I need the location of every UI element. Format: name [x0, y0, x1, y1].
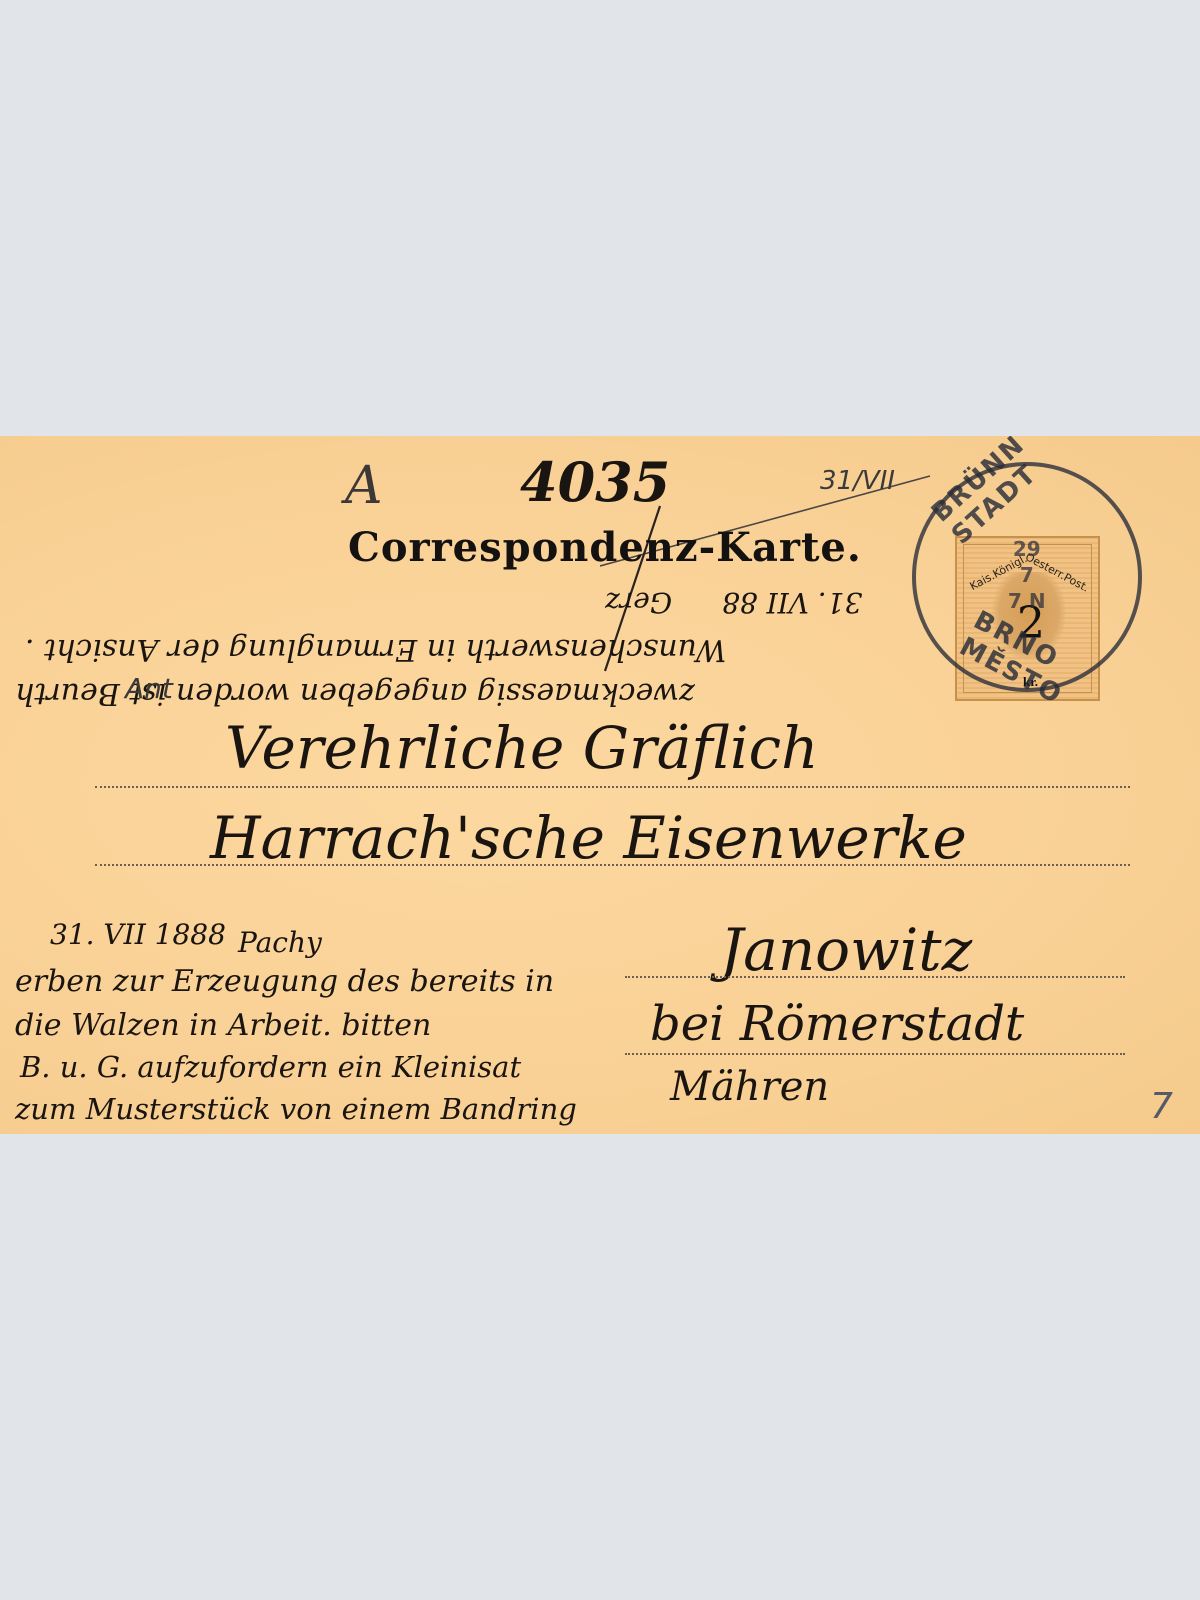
address-line-5: Mähren: [670, 1064, 829, 1110]
upside-down-date: 31. VII 88: [722, 586, 862, 619]
printed-title: Correspondenz-Karte.: [348, 524, 862, 571]
address-dotted-line-2: [95, 864, 1130, 866]
upside-down-line-2: zweckmaessig angegeben worden ist Beurth: [15, 676, 695, 711]
sender-note-date: 31. VII 1888: [50, 918, 226, 951]
postmark-cancellation: BRÜNN STADT BRNO MĚSTO 29 7 7 N: [912, 462, 1142, 692]
sender-note-line-2: die Walzen in Arbeit. bitten: [15, 1008, 431, 1043]
upside-down-signature: Gerz: [605, 586, 672, 619]
pencil-note-address: Ant: [125, 672, 173, 705]
sender-note-word-above: Pachy: [238, 926, 322, 959]
address-dotted-line-1: [95, 786, 1130, 788]
address-line-3: Janowitz: [720, 916, 972, 984]
pencil-date-top: 31/VII: [820, 466, 895, 496]
sender-note-line-3: B. u. G. aufzufordern ein Kleinisat: [20, 1050, 521, 1084]
sender-note-line-1: erben zur Erzeugung des bereits in: [15, 964, 554, 999]
address-dotted-line-4: [625, 1053, 1125, 1055]
postcard: A 4035 31/VII Correspondenz-Karte. 31. V…: [0, 436, 1200, 1134]
address-dotted-line-3: [625, 976, 1125, 978]
registry-prefix-mark: A: [345, 456, 383, 516]
address-line-4: bei Römerstadt: [650, 996, 1024, 1052]
sender-note-line-4: zum Musterstück von einem Bandring: [15, 1092, 577, 1126]
upside-down-line-1: Wunschenswerth in Ermanglung der Ansicht…: [25, 632, 727, 667]
postmark-date: 29 7 7 N: [1008, 536, 1046, 614]
address-line-2: Harrach'sche Eisenwerke: [210, 804, 967, 872]
corner-pencil-mark: 7: [1150, 1086, 1173, 1127]
address-line-1: Verehrliche Gräflich: [225, 714, 818, 782]
